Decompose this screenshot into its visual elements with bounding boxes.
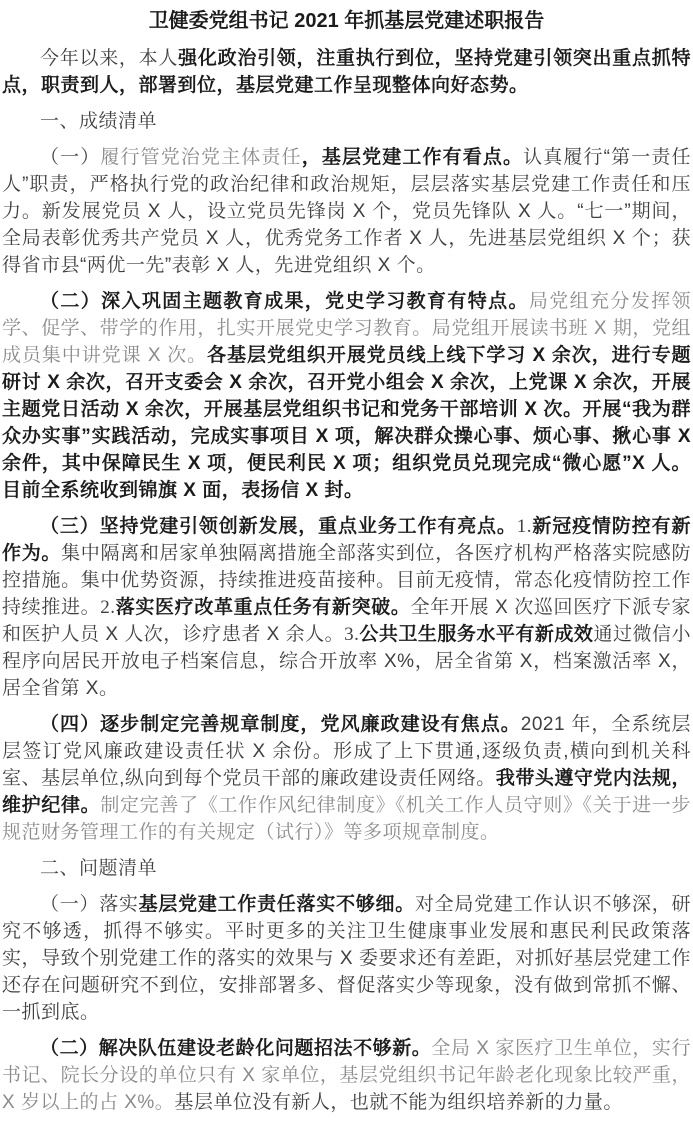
section-heading: 二、问题清单	[2, 855, 691, 882]
text-run: 基层党建工作责任落实不够细。	[139, 894, 415, 915]
text-run: （四）逐步制定完善规章制度，党风廉政建设有焦点。	[40, 714, 521, 735]
document-body: 今年以来，本人强化政治引领，注重执行到位，坚持党建引领突出重点抓特点，职责到人，…	[2, 45, 691, 1116]
paragraph: （四）逐步制定完善规章制度，党风廉政建设有焦点。2021 年，全系统层层签订党风…	[2, 711, 691, 846]
text-run: （三）坚持党建引领创新发展，重点业务工作有亮点。	[40, 516, 517, 537]
text-run: 今年以来，本人	[40, 48, 178, 69]
text-run: 基层单位没有新人，也就不能为组织培养新的力量。	[174, 1092, 623, 1113]
text-run: 二、问题清单	[40, 858, 157, 879]
text-run: 2.	[100, 597, 115, 618]
paragraph: （三）坚持党建引领创新发展，重点业务工作有亮点。1.新冠疫情防控有新作为。集中隔…	[2, 513, 691, 702]
section-heading: 一、成绩清单	[2, 108, 691, 135]
paragraph: （二）解决队伍建设老龄化问题招法不够新。全局 X 家医疗卫生单位，实行书记、院长…	[2, 1035, 691, 1116]
document-title: 卫健委党组书记 2021 年抓基层党建述职报告	[2, 7, 691, 35]
paragraph: 今年以来，本人强化政治引领，注重执行到位，坚持党建引领突出重点抓特点，职责到人，…	[2, 45, 691, 99]
text-run: （一）	[40, 147, 100, 168]
text-run: （二）解决队伍建设老龄化问题招法不够新。	[40, 1038, 431, 1059]
text-run: 3.	[344, 624, 359, 645]
text-run: 各基层党组织开展党员线上线下学习 X 余次，进行专题研讨 X 余次，召开支委会 …	[2, 345, 691, 501]
text-run: （二）深入巩固主题教育成果，党史学习教育有特点。	[40, 291, 529, 312]
text-run: 1.	[517, 516, 532, 537]
paragraph: （二）深入巩固主题教育成果，党史学习教育有特点。局党组充分发挥领学、促学、带学的…	[2, 288, 691, 504]
document-page: 卫健委党组书记 2021 年抓基层党建述职报告 今年以来，本人强化政治引领，注重…	[2, 7, 691, 1116]
text-run: 公共卫生服务水平有新成效	[359, 624, 593, 645]
text-run: 履行管党治党主体责任	[100, 147, 301, 168]
text-run: 制定完善了《工作作风纪律制度》《机关工作人员守则》《关于进一步规范财务管理工作的…	[2, 795, 691, 843]
paragraph: （一）落实基层党建工作责任落实不够细。对全局党建工作认识不够深，研究不够透，抓得…	[2, 891, 691, 1026]
text-run: ，基层党建工作有看点。	[302, 147, 523, 168]
text-run: 一、成绩清单	[40, 111, 157, 132]
paragraph: （一）履行管党治党主体责任，基层党建工作有看点。认真履行“第一责任人”职责，严格…	[2, 144, 691, 279]
text-run: 落实医疗改革重点任务有新突破。	[116, 597, 411, 618]
text-run: （一）落实	[40, 894, 139, 915]
